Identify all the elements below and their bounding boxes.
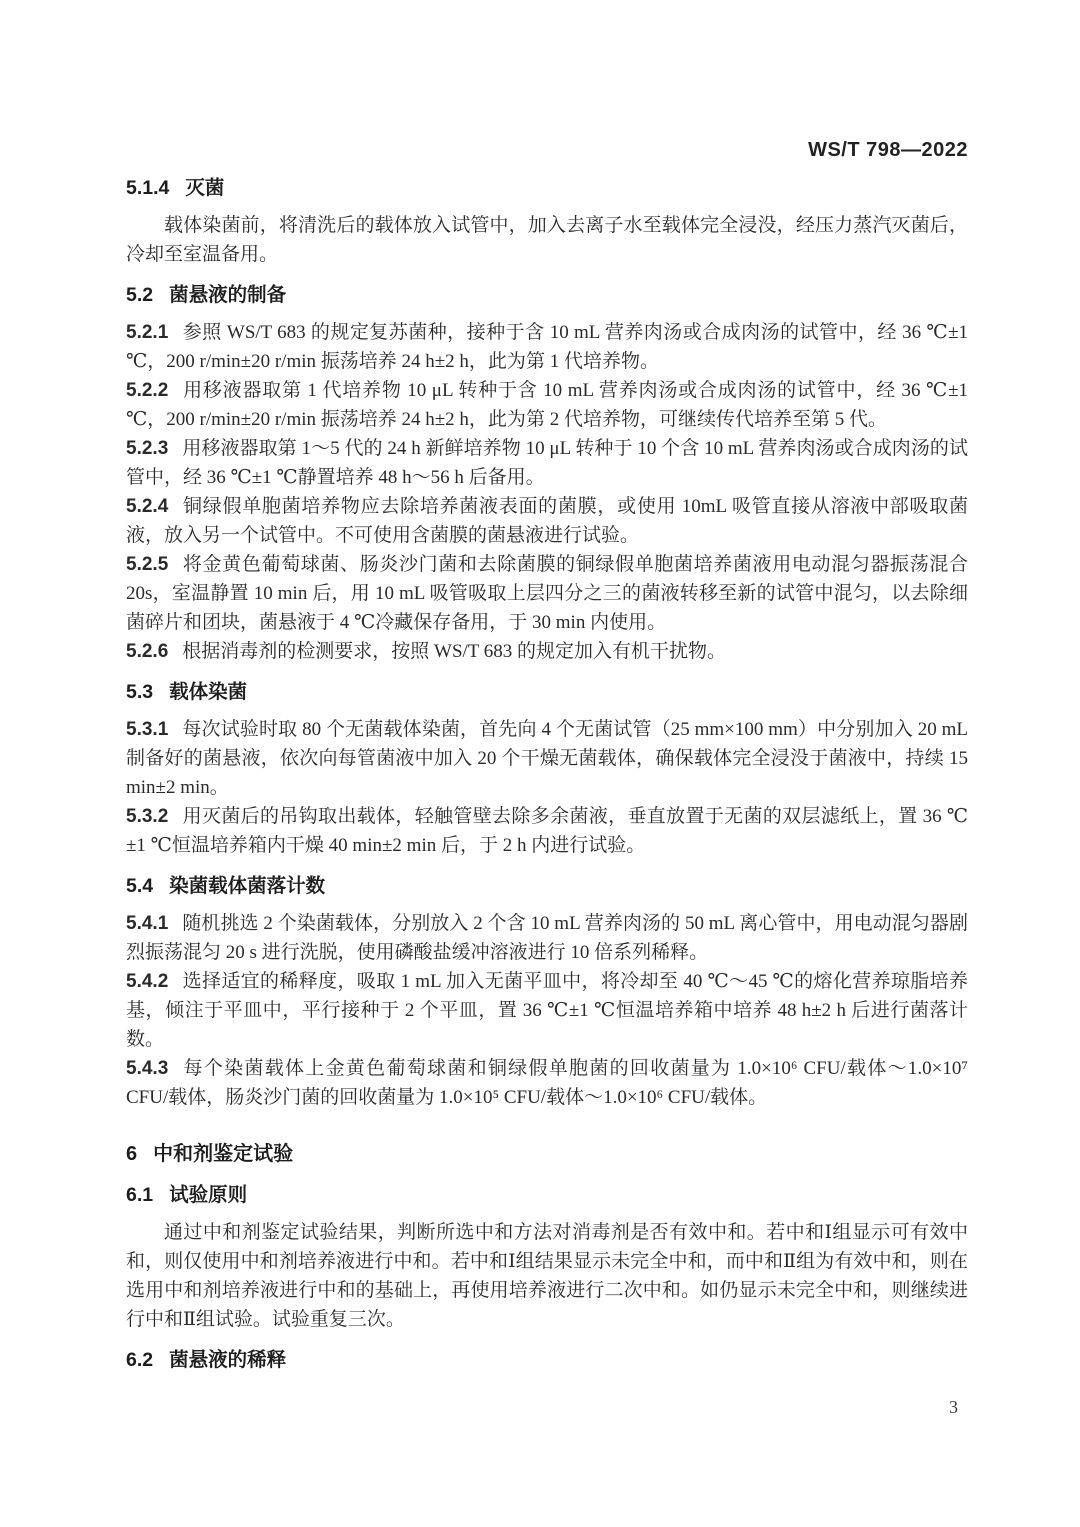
section-number: 5.4 — [126, 875, 153, 897]
clause-number: 5.3.1 — [126, 719, 168, 740]
section-number: 5.3 — [126, 681, 153, 703]
section-heading-5-1-4: 5.1.4灭菌 — [126, 174, 968, 203]
clause-paragraph-5-2-4: 5.2.4铜绿假单胞菌培养物应去除培养菌液表面的菌膜，或使用 10mL 吸管直接… — [126, 492, 968, 550]
clause-paragraph-5-3-2: 5.3.2用灭菌后的吊钩取出载体，轻触管壁去除多余菌液，垂直放置于无菌的双层滤纸… — [126, 802, 968, 860]
clause-number: 5.2.1 — [126, 322, 168, 343]
section-number: 6.2 — [126, 1349, 153, 1371]
clause-paragraph-5-4-2: 5.4.2选择适宜的稀释度，吸取 1 mL 加入无菌平皿中，将冷却至 40 ℃～… — [126, 967, 968, 1054]
section-number: 6.1 — [126, 1184, 153, 1206]
body-paragraph: 载体染菌前，将清洗后的载体放入试管中，加入去离子水至载体完全浸没，经压力蒸汽灭菌… — [126, 211, 968, 269]
clause-text: 铜绿假单胞菌培养物应去除培养菌液表面的菌膜，或使用 10mL 吸管直接从溶液中部… — [126, 496, 968, 546]
clause-paragraph-5-3-1: 5.3.1每次试验时取 80 个无菌载体染菌，首先向 4 个无菌试管（25 mm… — [126, 715, 968, 802]
clause-text: 参照 WS/T 683 的规定复苏菌种，接种于含 10 mL 营养肉汤或合成肉汤… — [126, 322, 968, 372]
section-title: 载体染菌 — [169, 681, 247, 703]
clause-text: 用移液器取第 1 代培养物 10 μL 转种于含 10 mL 营养肉汤或合成肉汤… — [126, 380, 968, 430]
clause-text: 随机挑选 2 个染菌载体，分别放入 2 个含 10 mL 营养肉汤的 50 mL… — [126, 913, 968, 963]
clause-number: 5.4.1 — [126, 913, 168, 934]
clause-number: 5.2.6 — [126, 641, 168, 662]
section-heading-6-2: 6.2菌悬液的稀释 — [126, 1346, 968, 1375]
clause-text: 每次试验时取 80 个无菌载体染菌，首先向 4 个无菌试管（25 mm×100 … — [126, 719, 968, 798]
section-title: 试验原则 — [169, 1184, 247, 1206]
clause-text: 每个染菌载体上金黄色葡萄球菌和铜绿假单胞菌的回收菌量为 1.0×10⁶ CFU/… — [126, 1058, 968, 1108]
clause-paragraph-5-2-3: 5.2.3用移液器取第 1～5 代的 24 h 新鲜培养物 10 μL 转种于 … — [126, 434, 968, 492]
clause-paragraph-5-2-6: 5.2.6根据消毒剂的检测要求，按照 WS/T 683 的规定加入有机干扰物。 — [126, 637, 968, 666]
document-page: WS/T 798—2022 5.1.4灭菌载体染菌前，将清洗后的载体放入试管中，… — [0, 0, 1080, 1527]
section-title: 染菌载体菌落计数 — [169, 875, 325, 897]
document-content: 5.1.4灭菌载体染菌前，将清洗后的载体放入试管中，加入去离子水至载体完全浸没，… — [126, 174, 968, 1375]
clause-paragraph-5-2-5: 5.2.5将金黄色葡萄球菌、肠炎沙门菌和去除菌膜的铜绿假单胞菌培养菌液用电动混匀… — [126, 550, 968, 637]
clause-paragraph-5-2-2: 5.2.2用移液器取第 1 代培养物 10 μL 转种于含 10 mL 营养肉汤… — [126, 376, 968, 434]
clause-text: 选择适宜的稀释度，吸取 1 mL 加入无菌平皿中，将冷却至 40 ℃～45 ℃的… — [126, 971, 968, 1050]
section-number: 5.2 — [126, 284, 153, 306]
standard-number: WS/T 798—2022 — [808, 139, 968, 161]
clause-text: 用移液器取第 1～5 代的 24 h 新鲜培养物 10 μL 转种于 10 个含… — [126, 438, 968, 488]
clause-number: 5.3.2 — [126, 806, 168, 827]
section-heading-5-4: 5.4染菌载体菌落计数 — [126, 872, 968, 901]
clause-number: 5.4.3 — [126, 1058, 168, 1079]
section-title: 菌悬液的稀释 — [169, 1349, 286, 1371]
clause-text: 根据消毒剂的检测要求，按照 WS/T 683 的规定加入有机干扰物。 — [182, 641, 726, 662]
section-title: 灭菌 — [185, 177, 224, 199]
section-number: 6 — [126, 1143, 137, 1165]
body-paragraph: 通过中和剂鉴定试验结果，判断所选中和方法对消毒剂是否有效中和。若中和Ⅰ组显示可有… — [126, 1218, 968, 1334]
clause-number: 5.2.5 — [126, 554, 168, 575]
section-heading-6: 6中和剂鉴定试验 — [126, 1140, 968, 1169]
section-heading-5-3: 5.3载体染菌 — [126, 678, 968, 707]
section-title: 中和剂鉴定试验 — [153, 1143, 293, 1165]
clause-paragraph-5-2-1: 5.2.1参照 WS/T 683 的规定复苏菌种，接种于含 10 mL 营养肉汤… — [126, 318, 968, 376]
section-title: 菌悬液的制备 — [169, 284, 286, 306]
clause-number: 5.2.4 — [126, 496, 168, 517]
clause-text: 用灭菌后的吊钩取出载体，轻触管壁去除多余菌液，垂直放置于无菌的双层滤纸上，置 3… — [126, 806, 968, 856]
clause-paragraph-5-4-1: 5.4.1随机挑选 2 个染菌载体，分别放入 2 个含 10 mL 营养肉汤的 … — [126, 909, 968, 967]
page-number: 3 — [949, 1396, 958, 1418]
section-heading-5-2: 5.2菌悬液的制备 — [126, 281, 968, 310]
clause-paragraph-5-4-3: 5.4.3每个染菌载体上金黄色葡萄球菌和铜绿假单胞菌的回收菌量为 1.0×10⁶… — [126, 1054, 968, 1112]
section-number: 5.1.4 — [126, 177, 169, 199]
clause-number: 5.2.3 — [126, 438, 168, 459]
section-heading-6-1: 6.1试验原则 — [126, 1181, 968, 1210]
page-header: WS/T 798—2022 — [126, 138, 968, 162]
clause-number: 5.4.2 — [126, 971, 168, 992]
clause-number: 5.2.2 — [126, 380, 168, 401]
clause-text: 将金黄色葡萄球菌、肠炎沙门菌和去除菌膜的铜绿假单胞菌培养菌液用电动混匀器振荡混合… — [126, 554, 968, 633]
